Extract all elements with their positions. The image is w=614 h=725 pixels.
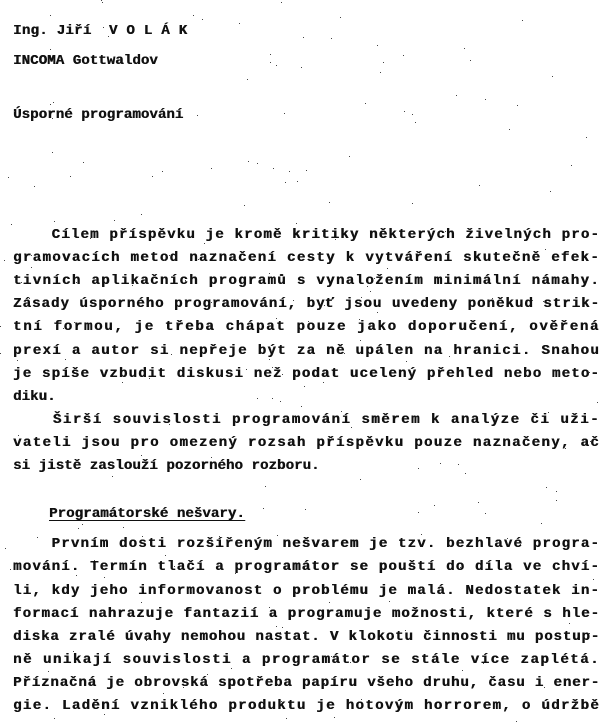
paragraph-line: tivních aplikačních programů s vynaložen…	[13, 272, 600, 290]
paragraph-line: ně unikají souvislosti a programátor se …	[13, 651, 600, 669]
paragraph-line: vateli jsou pro omezený rozsah příspěvku…	[13, 434, 600, 452]
paragraph-line: Širší souvislosti programování směrem k …	[13, 411, 600, 429]
paragraph-line: si jistě zaslouží pozorného rozboru.	[13, 457, 320, 475]
section-heading: Programátorské nešvary.	[49, 505, 245, 523]
organization-line: INCOMA Gottwaldov	[13, 52, 158, 70]
paragraph-line: tní formou, je třeba chápat pouze jako d…	[13, 318, 600, 336]
paragraph-line: je spíše vzbudit diskusi než podat ucele…	[13, 365, 600, 383]
paragraph-line: prexí a autor si nepřeje být za ně upále…	[13, 342, 600, 360]
paragraph-line: diska zralé úvahy nemohou nastat. V klok…	[13, 628, 600, 646]
paragraph-line: mování. Termín tlačí a programátor se po…	[13, 558, 600, 576]
author-line: Ing. Jiří V O L Á K	[13, 22, 187, 40]
paragraph-line: Zásady úsporného programování, byť jsou …	[13, 295, 600, 313]
paragraph-line: gie. Ladění vzniklého produktu je hotový…	[13, 697, 600, 715]
document-title: Úsporné programování	[13, 106, 183, 124]
document-page: Ing. Jiří V O L Á K INCOMA Gottwaldov Ús…	[0, 0, 614, 725]
paragraph-line: gramovacích metod naznačení cesty k vytv…	[13, 249, 600, 267]
paragraph-line: li, kdy jeho informovanost o problému je…	[13, 582, 600, 600]
paragraph-line: formací nahrazuje fantazií a programuje …	[13, 605, 600, 623]
paragraph-line: Příznačná je obrovská spotřeba papíru vš…	[13, 674, 600, 692]
paragraph-line: diku.	[13, 388, 56, 406]
paragraph-line: Prvním dosti rozšířeným nešvarem je tzv.…	[13, 535, 600, 553]
paragraph-line: Cílem příspěvku je kromě kritiky některý…	[13, 226, 600, 244]
